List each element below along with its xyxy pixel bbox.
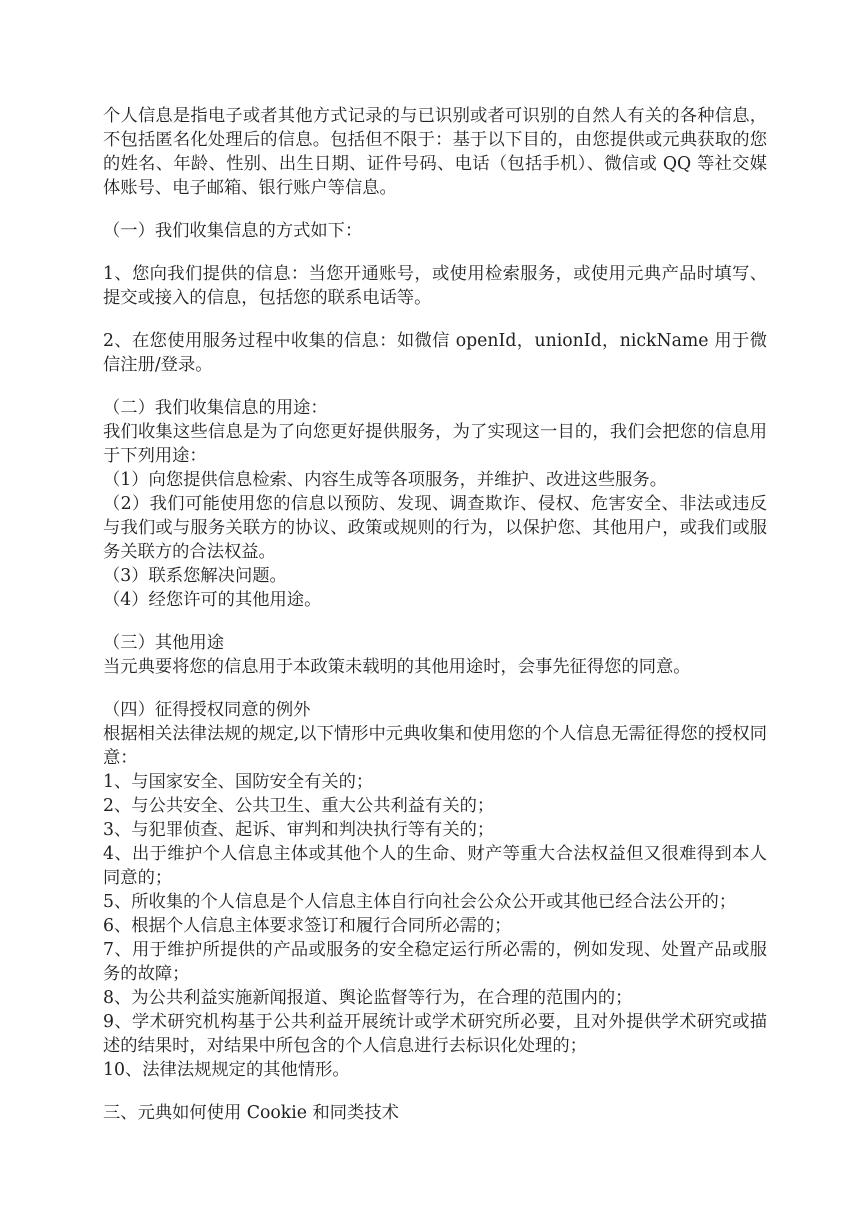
document-page: 个人信息是指电子或者其他方式记录的与已识别或者可识别的自然人有关的各种信息，不包… xyxy=(0,0,868,1227)
section-3-heading: （三）其他用途 xyxy=(103,631,767,655)
list-item: （1）向您提供信息检索、内容生成等各项服务，并维护、改进这些服务。 xyxy=(103,468,767,492)
list-item: 2、与公共安全、公共卫生、重大公共利益有关的； xyxy=(103,794,767,818)
list-item: 7、用于维护所提供的产品或服务的安全稳定运行所必需的，例如发现、处置产品或服务的… xyxy=(103,938,767,986)
list-item: 5、所收集的个人信息是个人信息主体自行向社会公众公开或其他已经合法公开的； xyxy=(103,890,767,914)
intro-paragraph: 个人信息是指电子或者其他方式记录的与已识别或者可识别的自然人有关的各种信息，不包… xyxy=(103,104,767,200)
list-item: 9、学术研究机构基于公共利益开展统计或学术研究所必要，且对外提供学术研究或描述的… xyxy=(103,1010,767,1058)
list-item: 6、根据个人信息主体要求签订和履行合同所必需的； xyxy=(103,914,767,938)
section-1-heading: （一）我们收集信息的方式如下： xyxy=(103,219,767,243)
list-item: 10、法律法规规定的其他情形。 xyxy=(103,1058,767,1082)
list-item: 3、与犯罪侦查、起诉、审判和判决执行等有关的； xyxy=(103,818,767,842)
list-item: （3）联系您解决问题。 xyxy=(103,564,767,588)
list-item: 1、与国家安全、国防安全有关的； xyxy=(103,770,767,794)
paragraph: 当元典要将您的信息用于本政策未载明的其他用途时，会事先征得您的同意。 xyxy=(103,655,767,679)
document-text-block: 个人信息是指电子或者其他方式记录的与已识别或者可识别的自然人有关的各种信息，不包… xyxy=(103,104,767,1125)
list-item: 4、出于维护个人信息主体或其他个人的生命、财产等重大合法权益但又很难得到本人同意… xyxy=(103,842,767,890)
list-item: 1、您向我们提供的信息：当您开通账号，或使用检索服务，或使用元典产品时填写、提交… xyxy=(103,262,767,310)
chapter-3-heading: 三、元典如何使用 Cookie 和同类技术 xyxy=(103,1101,767,1125)
section-4-heading: （四）征得授权同意的例外 xyxy=(103,698,767,722)
list-item: 2、在您使用服务过程中收集的信息：如微信 openId，unionId，nick… xyxy=(103,329,767,377)
section-2-heading: （二）我们收集信息的用途： xyxy=(103,396,767,420)
list-item: （2）我们可能使用您的信息以预防、发现、调查欺诈、侵权、危害安全、非法或违反与我… xyxy=(103,492,767,564)
list-item: 8、为公共利益实施新闻报道、舆论监督等行为，在合理的范围内的； xyxy=(103,986,767,1010)
paragraph: 根据相关法律法规的规定,以下情形中元典收集和使用您的个人信息无需征得您的授权同意… xyxy=(103,722,767,770)
list-item: （4）经您许可的其他用途。 xyxy=(103,588,767,612)
paragraph: 我们收集这些信息是为了向您更好提供服务，为了实现这一目的，我们会把您的信息用于下… xyxy=(103,420,767,468)
